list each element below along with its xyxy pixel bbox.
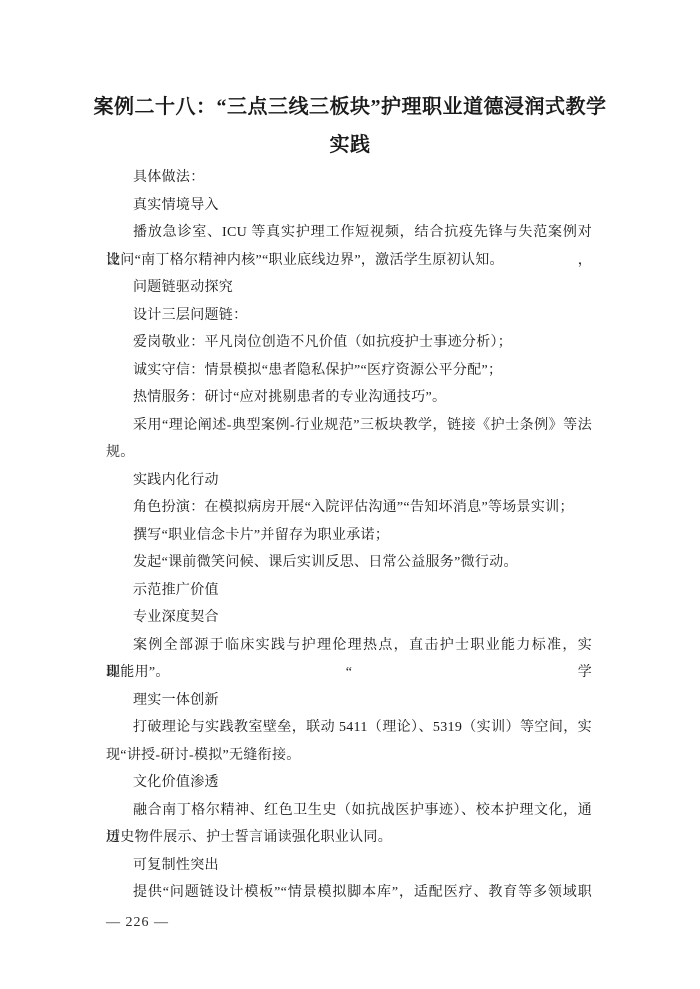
page-number: — 226 —	[106, 909, 169, 937]
body-line: 规。	[106, 439, 592, 467]
body-line: 热情服务：研讨“应对挑剔患者的专业沟通技巧”。	[106, 384, 592, 412]
body-line: 专业深度契合	[106, 604, 592, 632]
body-line: 采用“理论阐述-典型案例-行业规范”三板块教学，链接《护士条例》等法	[106, 412, 592, 440]
body-line: 问题链驱动探究	[106, 274, 592, 302]
body-line: 案例全部源于临床实践与护理伦理热点，直击护士职业能力标准，实现“学	[106, 632, 592, 660]
body-line: 打破理论与实践教室壁垒，联动 5411（理论）、5319（实训）等空间，实	[106, 714, 592, 742]
body-line: 设计三层问题链：	[106, 302, 592, 330]
body-line: 播放急诊室、ICU 等真实护理工作短视频，结合抗疫先锋与失范案例对比，	[106, 219, 592, 247]
body-line: 融合南丁格尔精神、红色卫生史（如抗战医护事迹）、校本护理文化，通过	[106, 797, 592, 825]
document-page: 案例二十八：“三点三线三板块”护理职业道德浸润式教学 实践 具体做法：真实情境导…	[0, 0, 700, 989]
body-line: 示范推广价值	[106, 577, 592, 605]
body-line: 爱岗敬业：平凡岗位创造不凡价值（如抗疫护士事迹分析）；	[106, 329, 592, 357]
body-line: 角色扮演：在模拟病房开展“入院评估沟通”“告知坏消息”等场景实训；	[106, 494, 592, 522]
body-line: 理实一体创新	[106, 687, 592, 715]
body-line: 撰写“职业信念卡片”并留存为职业承诺；	[106, 522, 592, 550]
title-line-2: 实践	[0, 126, 700, 164]
body-line: 现“讲授-研讨-模拟”无缝衔接。	[106, 742, 592, 770]
body-line: 发起“课前微笑问候、课后实训反思、日常公益服务”微行动。	[106, 549, 592, 577]
body-line: 诚实守信：情景模拟“患者隐私保护”“医疗资源公平分配”；	[106, 357, 592, 385]
body-line: 具体做法：	[106, 164, 592, 192]
document-body: 具体做法：真实情境导入播放急诊室、ICU 等真实护理工作短视频，结合抗疫先锋与失…	[106, 164, 592, 907]
document-title: 案例二十八：“三点三线三板块”护理职业道德浸润式教学 实践	[0, 88, 700, 164]
body-line: 提供“问题链设计模板”“情景模拟脚本库”，适配医疗、教育等多领域职	[106, 879, 592, 907]
body-line: 实践内化行动	[106, 467, 592, 495]
body-line: 可复制性突出	[106, 852, 592, 880]
body-line: 历史物件展示、护士誓言诵读强化职业认同。	[106, 824, 592, 852]
body-line: 真实情境导入	[106, 192, 592, 220]
title-line-1: 案例二十八：“三点三线三板块”护理职业道德浸润式教学	[0, 88, 700, 126]
body-line: 文化价值渗透	[106, 769, 592, 797]
